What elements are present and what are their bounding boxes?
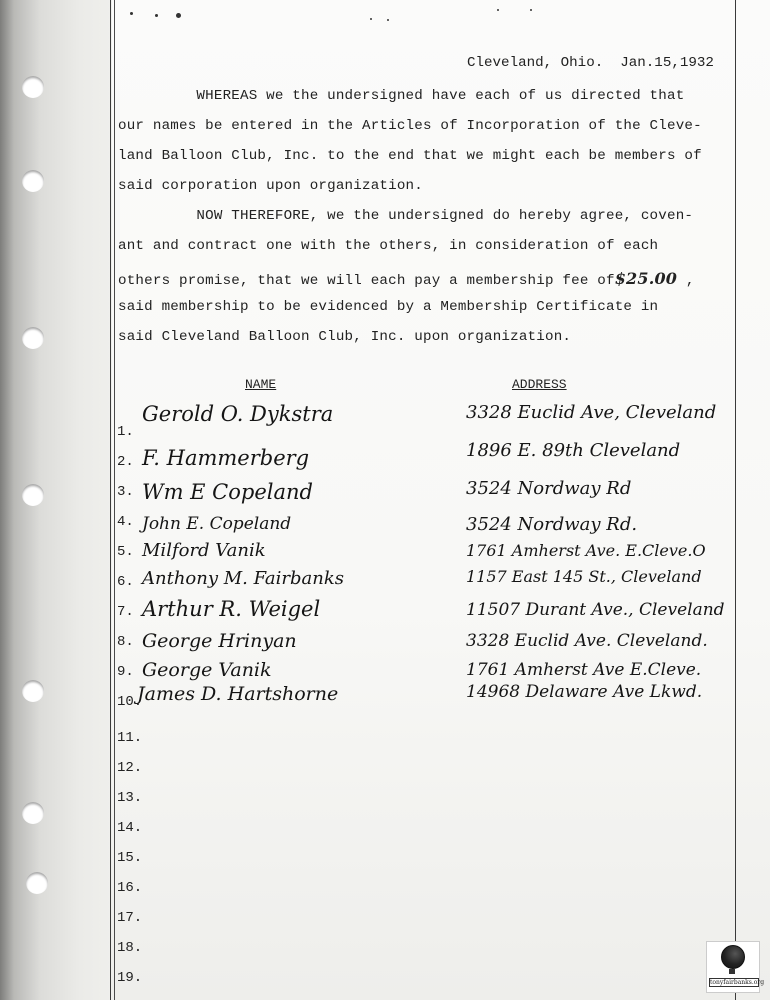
row-number: 16. xyxy=(117,880,142,896)
row-number: 13. xyxy=(117,790,142,806)
signature: Gerold O. Dykstra xyxy=(142,402,333,426)
signature: George Hrinyan xyxy=(142,630,297,652)
signature: John E. Copeland xyxy=(142,514,291,534)
punch-hole xyxy=(22,680,44,702)
name-column-header: NAME xyxy=(245,377,276,392)
paragraph-2-line-2: ant and contract one with the others, in… xyxy=(118,238,658,254)
signature: George Vanik xyxy=(142,659,272,681)
address-column-header: ADDRESS xyxy=(512,377,567,392)
address: 3328 Euclid Ave, Cleveland xyxy=(466,402,716,423)
row-number: 11. xyxy=(117,730,142,746)
row-number: 14. xyxy=(117,820,142,836)
balloon-basket-icon xyxy=(729,969,735,974)
address: 1761 Amherst Ave. E.Cleve.O xyxy=(466,541,706,560)
row-number: 7. xyxy=(117,604,134,620)
address: 1896 E. 89th Cleveland xyxy=(466,440,680,461)
address: 3328 Euclid Ave. Cleveland. xyxy=(466,631,708,651)
left-margin-rule-inner xyxy=(114,0,115,1000)
row-number: 18. xyxy=(117,940,142,956)
punch-hole xyxy=(26,872,48,894)
binder-margin xyxy=(0,0,112,1000)
row-number: 8. xyxy=(117,634,134,650)
paragraph-2-line-3: others promise, that we will each pay a … xyxy=(118,269,695,289)
row-number: 15. xyxy=(117,850,142,866)
watermark-logo: tonyfairbanks.org xyxy=(706,941,760,993)
row-number: 2. xyxy=(117,454,134,470)
row-number: 3. xyxy=(117,484,134,500)
paragraph-2-line-1: NOW THEREFORE, we the undersigned do her… xyxy=(118,208,693,224)
address: 1761 Amherst Ave E.Cleve. xyxy=(466,660,701,680)
punch-hole xyxy=(22,802,44,824)
fee-comma: , xyxy=(677,273,694,289)
paragraph-2-line-4: said membership to be evidenced by a Mem… xyxy=(118,299,658,315)
address: 11507 Durant Ave., Cleveland xyxy=(466,600,725,620)
paragraph-1-line-2: our names be entered in the Articles of … xyxy=(118,118,702,134)
paragraph-1-line-4: said corporation upon organization. xyxy=(118,178,423,194)
row-number: 12. xyxy=(117,760,142,776)
punch-hole xyxy=(22,170,44,192)
row-number: 19. xyxy=(117,970,142,986)
signature: Anthony M. Fairbanks xyxy=(142,568,344,589)
signature: James D. Hartshorne xyxy=(137,683,338,705)
fee-sentence: others promise, that we will each pay a … xyxy=(118,273,615,289)
punch-hole xyxy=(22,327,44,349)
paragraph-1-line-1: WHEREAS we the undersigned have each of … xyxy=(118,88,684,104)
paragraph-2-line-5: said Cleveland Balloon Club, Inc. upon o… xyxy=(118,329,571,345)
watermark-text: tonyfairbanks.org xyxy=(709,978,759,987)
left-margin-rule xyxy=(110,0,111,1000)
row-number: 4. xyxy=(117,514,134,530)
paragraph-1-line-3: land Balloon Club, Inc. to the end that … xyxy=(118,148,702,164)
row-number: 9. xyxy=(117,664,134,680)
row-number: 17. xyxy=(117,910,142,926)
address: 3524 Nordway Rd. xyxy=(466,514,637,535)
row-number: 6. xyxy=(117,574,134,590)
row-number: 5. xyxy=(117,544,134,560)
address: 1157 East 145 St., Cleveland xyxy=(466,567,702,586)
place-and-date: Cleveland, Ohio. Jan.15,1932 xyxy=(467,55,714,71)
row-number: 1. xyxy=(117,424,134,440)
punch-hole xyxy=(22,76,44,98)
address: 3524 Nordway Rd xyxy=(466,478,631,499)
punch-hole xyxy=(22,484,44,506)
hot-air-balloon-icon xyxy=(721,945,745,969)
membership-fee: $25.00 xyxy=(615,269,677,288)
signature: F. Hammerberg xyxy=(142,446,309,470)
signature: Arthur R. Weigel xyxy=(142,597,320,621)
signature: Milford Vanik xyxy=(142,540,266,561)
address: 14968 Delaware Ave Lkwd. xyxy=(466,682,702,702)
right-margin-rule xyxy=(735,0,736,1000)
signature: Wm E Copeland xyxy=(142,480,313,504)
